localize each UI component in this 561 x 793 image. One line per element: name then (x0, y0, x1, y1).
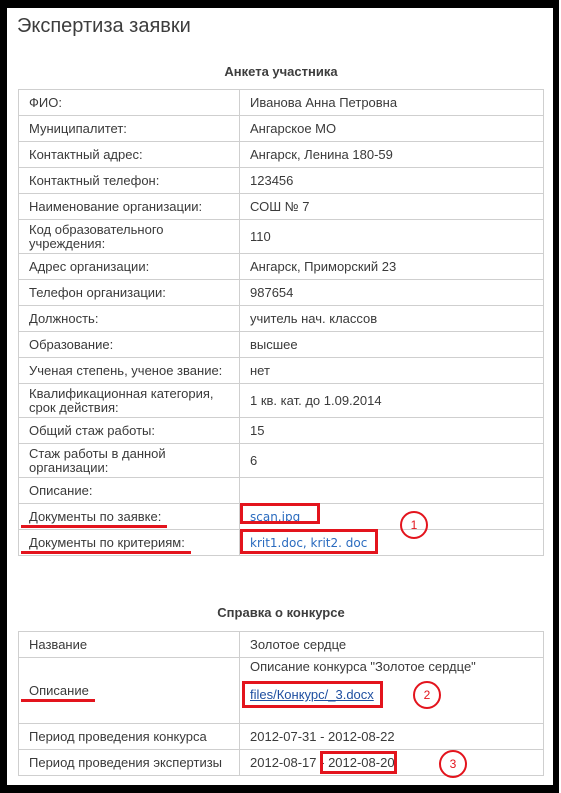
table-row: Описание: (19, 478, 544, 504)
table-row: Образование:высшее (19, 332, 544, 358)
row-label: Муниципалитет: (19, 116, 240, 142)
row-label: ФИО: (19, 90, 240, 116)
row-value: 6 (240, 444, 544, 478)
row-label: Период проведения экспертизы (19, 750, 240, 776)
row-value: Ангарское МО (240, 116, 544, 142)
screenshot-frame-top (0, 0, 559, 8)
row-value: нет (240, 358, 544, 384)
screenshot-frame-right (553, 0, 559, 793)
row-value: учитель нач. классов (240, 306, 544, 332)
row-label: Стаж работы в данной организации: (19, 444, 240, 478)
row-label: Контактный телефон: (19, 168, 240, 194)
row-label: Адрес организации: (19, 254, 240, 280)
screenshot-frame-bottom (0, 785, 559, 793)
annotation-box-scan (240, 503, 320, 524)
row-label: Код образовательного учреждения: (19, 220, 240, 254)
table-row: Должность:учитель нач. классов (19, 306, 544, 332)
screenshot-frame-left (0, 0, 7, 793)
table-row: НазваниеЗолотое сердце (19, 632, 544, 658)
row-value: 2012-07-31 - 2012-08-22 (240, 724, 544, 750)
table-row: Адрес организации:Ангарск, Приморский 23 (19, 254, 544, 280)
row-label: Общий стаж работы: (19, 418, 240, 444)
row-value: СОШ № 7 (240, 194, 544, 220)
contest-description-label: Описание (29, 684, 89, 698)
row-value: 110 (240, 220, 544, 254)
row-label: Название (19, 632, 240, 658)
table-row: Стаж работы в данной организации:6 (19, 444, 544, 478)
row-value (240, 478, 544, 504)
contest-description-text: Описание конкурса "Золотое сердце" (250, 660, 533, 674)
criteria-documents-label: Документы по критериям: (29, 536, 185, 550)
table-row: Наименование организации:СОШ № 7 (19, 194, 544, 220)
annotation-box-contest-file (242, 681, 383, 708)
table-row: Период проведения конкурса2012-07-31 - 2… (19, 724, 544, 750)
table-row: Код образовательного учреждения:110 (19, 220, 544, 254)
annotation-underline (21, 525, 167, 528)
participant-section-title: Анкета участника (18, 64, 544, 79)
row-label: Период проведения конкурса (19, 724, 240, 750)
contest-section-title: Справка о конкурсе (18, 605, 544, 620)
row-label: Наименование организации: (19, 194, 240, 220)
row-value: Золотое сердце (240, 632, 544, 658)
row-value: Ангарск, Ленина 180-59 (240, 142, 544, 168)
row-label: Образование: (19, 332, 240, 358)
row-value: Ангарск, Приморский 23 (240, 254, 544, 280)
row-label: Описание (19, 658, 240, 724)
table-row: Контактный телефон:123456 (19, 168, 544, 194)
table-row: Квалификационная категория, срок действи… (19, 384, 544, 418)
row-label: Ученая степень, ученое звание: (19, 358, 240, 384)
table-row: Ученая степень, ученое звание:нет (19, 358, 544, 384)
annotation-underline (21, 551, 191, 554)
table-row: Телефон организации:987654 (19, 280, 544, 306)
row-value: высшее (240, 332, 544, 358)
row-value: 987654 (240, 280, 544, 306)
row-label: Документы по заявке: (19, 504, 240, 530)
row-label: Описание: (19, 478, 240, 504)
row-value: Иванова Анна Петровна (240, 90, 544, 116)
row-label: Телефон организации: (19, 280, 240, 306)
annotation-box-expertise-end (320, 751, 397, 774)
table-row: Муниципалитет:Ангарское МО (19, 116, 544, 142)
table-row: ФИО:Иванова Анна Петровна (19, 90, 544, 116)
annotation-box-criteria (240, 529, 378, 554)
application-documents-label: Документы по заявке: (29, 510, 161, 524)
row-label: Квалификационная категория, срок действи… (19, 384, 240, 418)
expertise-start: 2012-08-17 - (250, 755, 328, 770)
table-row: Контактный адрес:Ангарск, Ленина 180-59 (19, 142, 544, 168)
page-title: Экспертиза заявки (17, 15, 191, 38)
row-value: 15 (240, 418, 544, 444)
row-label: Должность: (19, 306, 240, 332)
participant-table: ФИО:Иванова Анна Петровна Муниципалитет:… (18, 89, 544, 556)
row-value: 1 кв. кат. до 1.09.2014 (240, 384, 544, 418)
annotation-marker-2: 2 (413, 681, 441, 709)
row-value: 123456 (240, 168, 544, 194)
table-row: Общий стаж работы:15 (19, 418, 544, 444)
row-label: Документы по критериям: (19, 530, 240, 556)
annotation-underline (21, 699, 95, 702)
annotation-marker-1: 1 (400, 511, 428, 539)
row-label: Контактный адрес: (19, 142, 240, 168)
annotation-marker-3: 3 (439, 750, 467, 778)
